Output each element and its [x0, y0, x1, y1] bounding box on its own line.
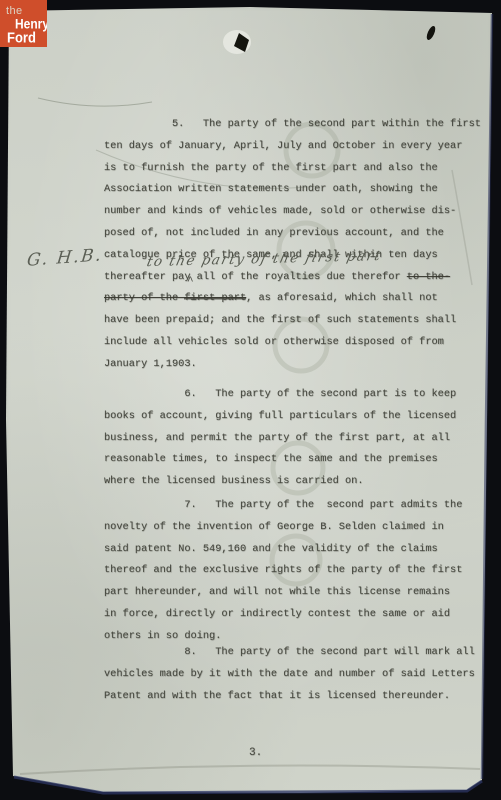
typed-text: 8. The party of the second part will mar… — [104, 646, 475, 658]
typed-text: thereafter pay all of the royalties due … — [104, 271, 407, 283]
typed-text: 5. The party of the second part within t… — [104, 118, 481, 130]
henry-ford-logo: the Henry Ford — [0, 0, 47, 47]
typed-text: in force, directly or indirectly contest… — [104, 608, 450, 620]
typed-line: said patent No. 549,160 and the validity… — [104, 539, 476, 561]
typed-line: 8. The party of the second part will mar… — [104, 642, 476, 664]
typed-line: vehicles made by it with the date and nu… — [104, 664, 476, 686]
typed-text: part hhereunder, and will not while this… — [104, 586, 450, 598]
typed-line: thereafter pay all of the royalties due … — [104, 267, 476, 289]
paragraph-6: 6. The party of the second part is to ke… — [104, 384, 476, 493]
typed-line: thereof and the exclusive rights of the … — [104, 560, 476, 582]
typed-line: in force, directly or indirectly contest… — [104, 604, 476, 626]
typed-text: where the licensed business is carried o… — [104, 475, 364, 487]
typed-text: posed of, not included in any previous a… — [104, 227, 444, 239]
typed-line: January 1,1903. — [104, 354, 476, 376]
insertion-caret: ^ — [187, 276, 194, 288]
typed-text: books of account, giving full particular… — [104, 410, 456, 422]
struck-out-text: party of the — [104, 292, 184, 304]
typed-line: party of the first part, as aforesaid, w… — [104, 288, 476, 310]
typed-line: is to furnish the party of the first par… — [104, 158, 476, 180]
typed-text: said patent No. 549,160 and the validity… — [104, 543, 438, 555]
typed-line: have been prepaid; and the first of such… — [104, 310, 476, 332]
typed-line: posed of, not included in any previous a… — [104, 223, 476, 245]
typed-line: ten days of January, April, July and Oct… — [104, 136, 476, 158]
typed-text: reasonable times, to inspect the same an… — [104, 453, 438, 465]
typed-text: business, and permit the party of the fi… — [104, 432, 450, 444]
typed-line: include all vehicles sold or otherwise d… — [104, 332, 476, 354]
typed-text: 7. The party of the second part admits t… — [104, 499, 462, 511]
typed-text: Patent and with the fact that it is lice… — [104, 690, 450, 702]
typed-text-layer: 5. The party of the second part within t… — [0, 0, 501, 800]
page-number: 3. — [249, 747, 262, 759]
typed-text: Association written statements under oat… — [104, 183, 438, 195]
paragraph-8: 8. The party of the second part will mar… — [104, 642, 476, 707]
typed-text: number and kinds of vehicles made, sold … — [104, 205, 456, 217]
struck-out-text: to the- — [407, 271, 450, 283]
typed-text: is to furnish the party of the first par… — [104, 162, 438, 174]
typed-line: 5. The party of the second part within t… — [104, 114, 476, 136]
paragraph-7: 7. The party of the second part admits t… — [104, 495, 476, 648]
typed-line: part hhereunder, and will not while this… — [104, 582, 476, 604]
typed-line: 6. The party of the second part is to ke… — [104, 384, 476, 406]
typed-line: novelty of the invention of George B. Se… — [104, 517, 476, 539]
logo-name-line2: Ford — [7, 29, 36, 46]
typed-line: reasonable times, to inspect the same an… — [104, 449, 476, 471]
typed-line: where the licensed business is carried o… — [104, 471, 476, 493]
typed-line: Association written statements under oat… — [104, 179, 476, 201]
typed-text: novelty of the invention of George B. Se… — [104, 521, 444, 533]
typed-text: vehicles made by it with the date and nu… — [104, 668, 475, 680]
typed-text: thereof and the exclusive rights of the … — [104, 564, 462, 576]
typed-line: books of account, giving full particular… — [104, 406, 476, 428]
typed-line: number and kinds of vehicles made, sold … — [104, 201, 476, 223]
typed-text: others in so doing. — [104, 630, 221, 642]
typed-line: business, and permit the party of the fi… — [104, 428, 476, 450]
scanned-document-page: { "logo": { "prefix": "the", "name_line1… — [0, 0, 501, 800]
typed-line: 7. The party of the second part admits t… — [104, 495, 476, 517]
typed-line: Patent and with the fact that it is lice… — [104, 686, 476, 708]
struck-out-text: first part — [184, 292, 246, 304]
typed-text: include all vehicles sold or otherwise d… — [104, 336, 444, 348]
typed-text: January 1,1903. — [104, 358, 197, 370]
typed-text: , as aforesaid, which shall not — [246, 292, 438, 304]
typed-text: ten days of January, April, July and Oct… — [104, 140, 462, 152]
paragraph-5: 5. The party of the second part within t… — [104, 114, 476, 376]
typed-text: 6. The party of the second part is to ke… — [104, 388, 456, 400]
typed-text: have been prepaid; and the first of such… — [104, 314, 456, 326]
